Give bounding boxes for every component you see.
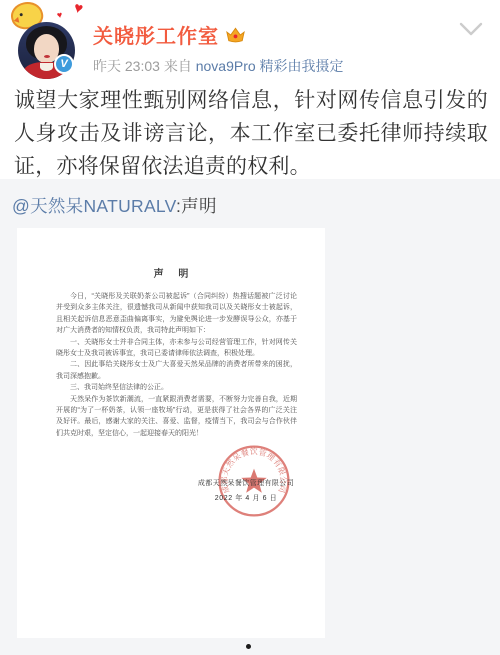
verified-badge-icon: V bbox=[54, 54, 74, 74]
quote-label: :声明 bbox=[176, 196, 217, 216]
weibo-post-card: ♥♥ V 关晓彤工作室 昨天 23:03 来自 nova9Pro 精彩由我摄定 bbox=[0, 0, 500, 655]
document-title: 声 明 bbox=[17, 228, 325, 280]
mention-link[interactable]: @天然呆NATURALV bbox=[12, 196, 176, 216]
statement-document-image[interactable]: 声 明 今日，“关晓彤及关联奶茶公司被起诉”（合同纠纷）热搜话题被广泛讨论并受到… bbox=[17, 228, 325, 638]
post-text: 诚望大家理性甄别网络信息，针对网传信息引发的人身攻击及诽谤言论，本工作室已委托律… bbox=[14, 84, 488, 183]
avatar[interactable]: ♥♥ V bbox=[13, 6, 79, 76]
quoted-post[interactable]: @天然呆NATURALV:声明 声 明 今日，“关晓彤及关联奶茶公司被起诉”（合… bbox=[0, 179, 500, 655]
document-body: 今日，“关晓彤及关联奶茶公司被起诉”（合同纠纷）热搜话题被广泛讨论并受到众多主体… bbox=[56, 291, 297, 439]
username[interactable]: 关晓彤工作室 bbox=[93, 20, 219, 49]
company-signature: 成都天然呆餐饮管理有限公司 bbox=[193, 478, 299, 488]
source-link[interactable]: nova9Pro 精彩由我摄定 bbox=[196, 58, 344, 74]
crown-vip-icon bbox=[225, 25, 246, 45]
timestamp: 昨天 23:03 bbox=[93, 58, 160, 74]
document-signature-block: 成都天然呆餐饮管理有限公司 2022 年 4 月 6 日 bbox=[193, 478, 299, 503]
doc-paragraph: 一、关晓彤女士并非合同主体，亦未参与公司经营管理工作，针对网传关晓彤女士及我司被… bbox=[56, 337, 297, 360]
doc-paragraph: 三、我司始终坚信法律的公正。 bbox=[56, 382, 297, 393]
post-header: ♥♥ V 关晓彤工作室 昨天 23:03 来自 nova9Pro 精彩由我摄定 bbox=[0, 0, 500, 82]
source-prefix: 来自 bbox=[164, 58, 192, 74]
quote-header: @天然呆NATURALV:声明 bbox=[12, 193, 217, 218]
doc-paragraph: 天然呆作为茶饮新潮流，一直紧跟消费者需要，不断努力完善自我，近期开展的“为了一杯… bbox=[56, 394, 297, 440]
carousel-indicator-dot bbox=[246, 644, 251, 649]
doc-paragraph: 二、因此事给关晓彤女士及广大喜爱天然呆品牌的消费者所带来的困扰，我司深感抱歉。 bbox=[56, 359, 297, 382]
avatar-decoration-hearts-icon: ♥♥ bbox=[57, 0, 83, 26]
chevron-down-icon[interactable] bbox=[454, 16, 488, 42]
doc-paragraph: 今日，“关晓彤及关联奶茶公司被起诉”（合同纠纷）热搜话题被广泛讨论并受到众多主体… bbox=[56, 291, 297, 337]
document-date: 2022 年 4 月 6 日 bbox=[193, 493, 299, 503]
